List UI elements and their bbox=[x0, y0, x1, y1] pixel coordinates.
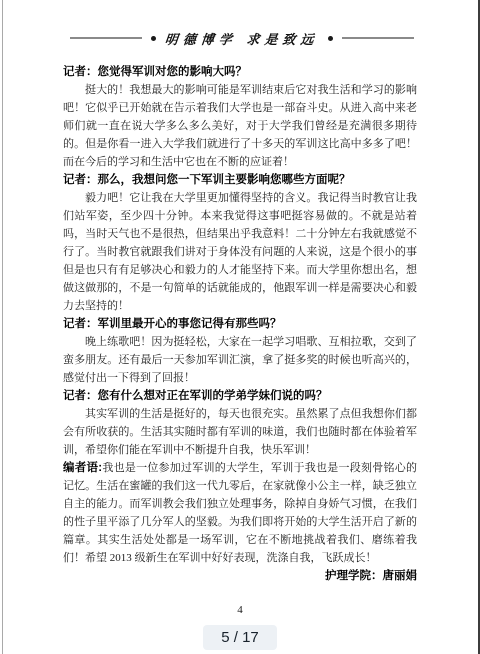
header-motto: 明德博学 求是致远 bbox=[164, 29, 320, 48]
page-number: 4 bbox=[0, 604, 480, 616]
answer-1: 挺大的！我想最大的影响可能是军训结束后它对我生活和学习的影响吧！它似乎已开始就在… bbox=[63, 81, 417, 171]
editor-note-text: 我也是一位参加过军训的大学生，军训于我也是一段刻骨铭心的记忆。生活在蜜罐的我们这… bbox=[63, 462, 417, 564]
ornament-rule-right bbox=[342, 37, 414, 39]
question-2: 记者：那么，我想问您一下军训主要影响您哪些方面呢？ bbox=[63, 171, 417, 189]
question-1: 记者：您觉得军训对您的影响大吗？ bbox=[63, 63, 417, 81]
question-3: 记者：军训里最开心的事您记得有那些吗？ bbox=[63, 315, 417, 333]
signature: 护理学院：唐丽娟 bbox=[63, 567, 417, 585]
header-ornament: 明德博学 求是致远 bbox=[70, 30, 414, 46]
document-page: 明德博学 求是致远 记者：您觉得军训对您的影响大吗？ 挺大的！我想最大的影响可能… bbox=[0, 0, 480, 654]
article-body: 记者：您觉得军训对您的影响大吗？ 挺大的！我想最大的影响可能是军训结束后它对我生… bbox=[63, 63, 417, 585]
answer-2: 毅力吧！它让我在大学里更加懂得坚持的含义。我记得当时教官让我们站军姿，至少四十分… bbox=[63, 189, 417, 315]
editor-note: 编者语:我也是一位参加过军训的大学生，军训于我也是一段刻骨铭心的记忆。生活在蜜罐… bbox=[63, 459, 417, 567]
ornament-rule-left bbox=[70, 37, 142, 39]
ornament-dot-left bbox=[151, 36, 156, 41]
editor-note-label: 编者语: bbox=[63, 462, 102, 474]
answer-3: 晚上练歌吧！因为挺轻松，大家在一起学习唱歌、互相拉歌，交到了蛮多朋友。还有最后一… bbox=[63, 333, 417, 387]
ornament-dot-right bbox=[328, 36, 333, 41]
page-left-edge bbox=[2, 0, 3, 654]
question-4: 记者：您有什么想对正在军训的学弟学妹们说的吗？ bbox=[63, 387, 417, 405]
viewer-footer: 5 / 17 bbox=[0, 625, 480, 650]
answer-4: 其实军训的生活是挺好的，每天也很充实。虽然累了点但我想你们都会有所收获的。生活其… bbox=[63, 405, 417, 459]
page-indicator[interactable]: 5 / 17 bbox=[203, 625, 277, 650]
